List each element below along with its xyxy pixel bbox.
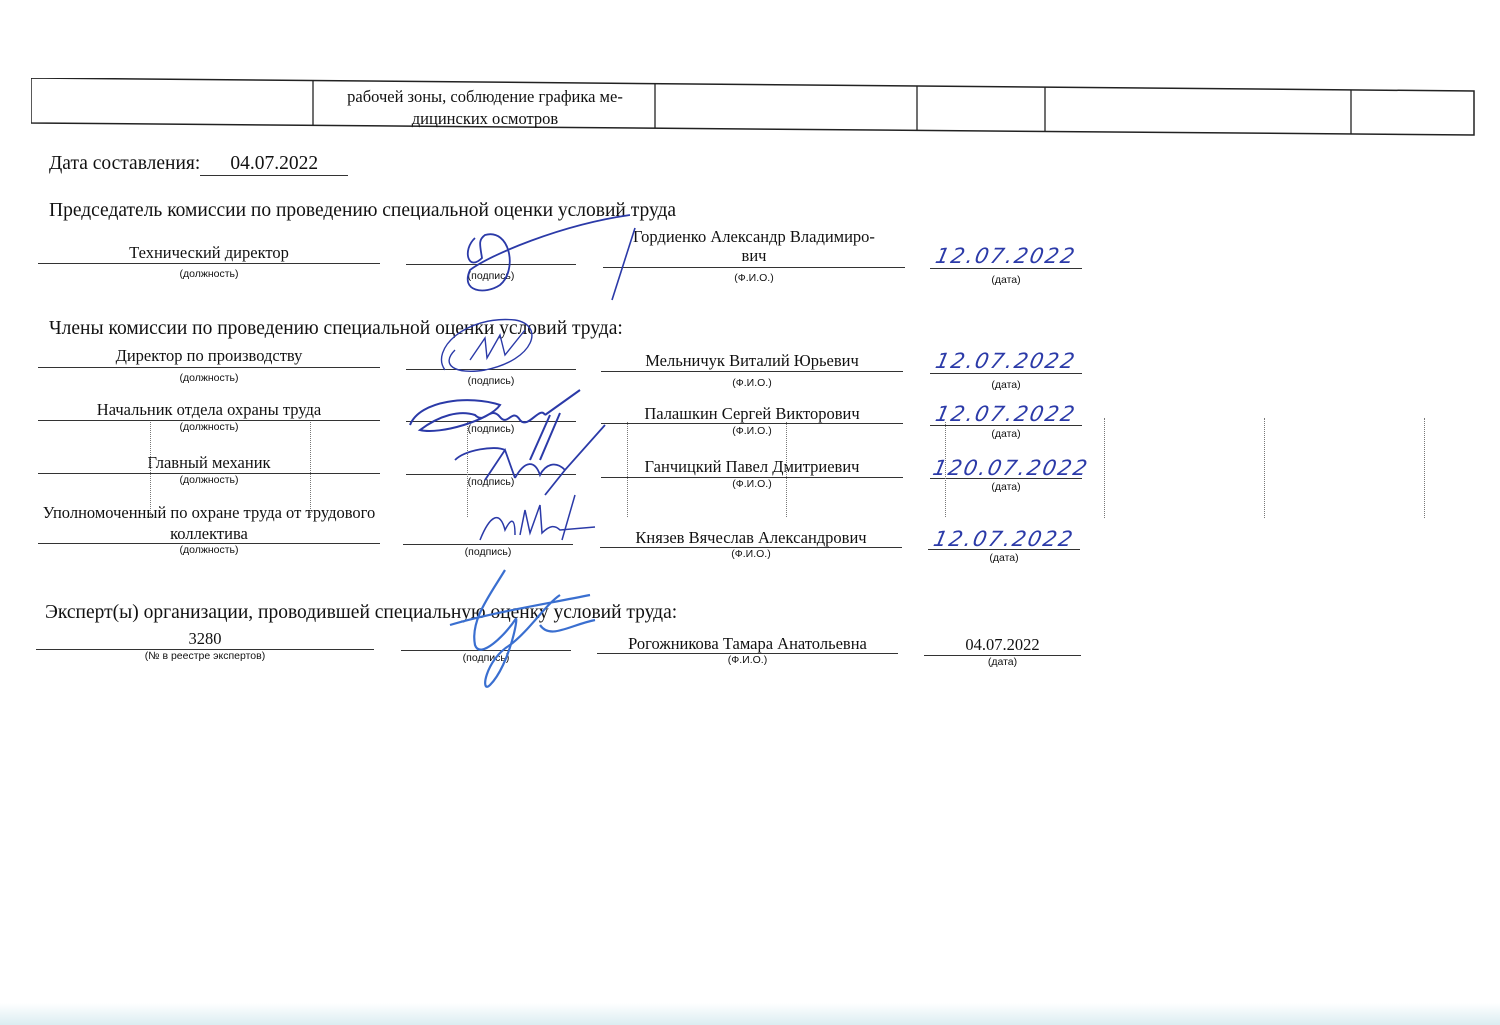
position-caption: (должность)	[38, 474, 380, 486]
fio-caption: (Ф.И.О.)	[601, 478, 903, 490]
member-date: 120.07.2022	[923, 456, 1098, 480]
signature-caption: (подпись)	[403, 546, 573, 558]
compilation-date-value: 04.07.2022	[200, 153, 348, 176]
signature-caption: (подпись)	[406, 476, 576, 488]
date-caption: (дата)	[930, 481, 1082, 493]
position-caption: (должность)	[38, 268, 380, 280]
scan-mark	[786, 422, 787, 517]
member-name: Мельничук Виталий Юрьевич	[601, 351, 903, 370]
position-caption: (должность)	[38, 544, 380, 556]
fio-caption: (Ф.И.О.)	[600, 548, 902, 560]
member-position: Директор по производству	[38, 346, 380, 365]
member-name: Ганчицкий Павел Дмитриевич	[601, 457, 903, 476]
scan-mark	[627, 422, 628, 517]
date-caption: (дата)	[924, 656, 1081, 668]
scan-mark	[310, 422, 311, 517]
chairman-name: Гордиенко Александр Владимиро- вич	[603, 227, 905, 265]
expert-date: 04.07.2022	[924, 635, 1081, 654]
position-caption: (должность)	[38, 421, 380, 433]
date-caption: (дата)	[930, 274, 1082, 286]
expert-signature	[430, 565, 600, 700]
fio-caption: (Ф.И.О.)	[601, 377, 903, 389]
table-cell-text: рабочей зоны, соблюдение графика ме- диц…	[314, 86, 656, 130]
date-caption: (дата)	[930, 428, 1082, 440]
chairman-position: Технический директор	[38, 243, 380, 262]
scan-mark	[945, 422, 946, 517]
member-position: Начальник отдела охраны труда	[38, 400, 380, 419]
scan-mark	[467, 422, 468, 517]
registry-caption: (№ в реестре экспертов)	[36, 650, 374, 662]
member-date: 12.07.2022	[927, 349, 1084, 373]
position-caption: (должность)	[38, 372, 380, 384]
chairman-heading: Председатель комиссии по проведению спец…	[49, 200, 676, 222]
member-date: 12.07.2022	[927, 402, 1084, 426]
signature-caption: (подпись)	[401, 652, 571, 664]
member-position: Уполномоченный по охране труда от трудов…	[38, 502, 380, 544]
expert-registry-number: 3280	[36, 629, 374, 648]
compilation-date-label: Дата составления:	[49, 153, 200, 174]
chairman-date: 12.07.2022	[927, 244, 1084, 268]
member-date: 12.07.2022	[925, 527, 1082, 551]
member-name: Палашкин Сергей Викторович	[601, 404, 903, 423]
member-position: Главный механик	[38, 453, 380, 472]
members-heading: Члены комиссии по проведению специальной…	[49, 318, 623, 340]
scan-mark	[1424, 418, 1425, 518]
fio-caption: (Ф.И.О.)	[597, 654, 898, 666]
experts-heading: Эксперт(ы) организации, проводившей спец…	[45, 602, 677, 624]
expert-name: Рогожникова Тамара Анатольевна	[597, 634, 898, 653]
assessment-table-fragment: рабочей зоны, соблюдение графика ме- диц…	[31, 78, 1475, 133]
signature-caption: (подпись)	[406, 423, 576, 435]
table-grid	[31, 78, 1477, 136]
scan-mark	[1264, 418, 1265, 518]
signature-caption: (подпись)	[406, 375, 576, 387]
scan-mark	[1104, 418, 1105, 518]
date-caption: (дата)	[930, 379, 1082, 391]
member-name: Князев Вячеслав Александрович	[600, 528, 902, 547]
date-caption: (дата)	[928, 552, 1080, 564]
fio-caption: (Ф.И.О.)	[601, 425, 903, 437]
compilation-date-row: Дата составления:04.07.2022	[49, 153, 348, 176]
signature-caption: (подпись)	[406, 270, 576, 282]
scan-edge	[0, 1003, 1500, 1025]
fio-caption: (Ф.И.О.)	[603, 272, 905, 284]
scan-mark	[150, 422, 151, 517]
